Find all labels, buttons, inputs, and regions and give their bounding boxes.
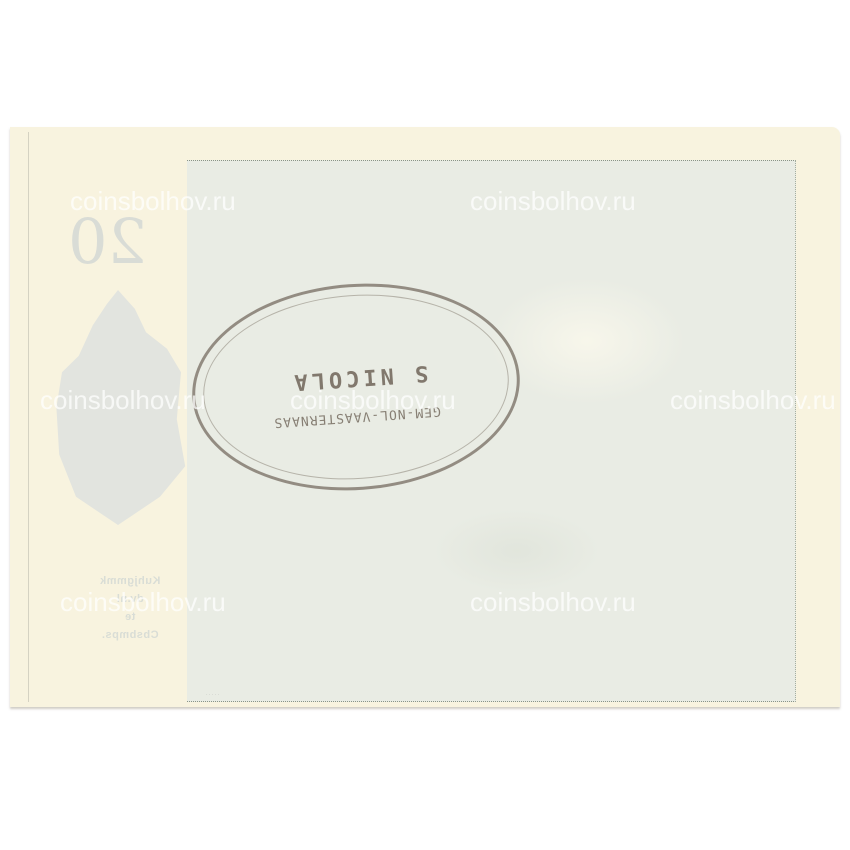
- watermark: coinsbolhov.ru: [290, 385, 456, 416]
- printer-imprint: ·····: [205, 690, 220, 699]
- watermark: coinsbolhov.ru: [670, 385, 836, 416]
- watermark: coinsbolhov.ru: [40, 385, 206, 416]
- watermark: coinsbolhov.ru: [470, 186, 636, 217]
- left-border-rule: [28, 132, 29, 702]
- watermark: coinsbolhov.ru: [60, 587, 226, 618]
- watermark: coinsbolhov.ru: [70, 186, 236, 217]
- watermark: coinsbolhov.ru: [470, 587, 636, 618]
- caption-line: Cbsbmps.: [70, 626, 190, 644]
